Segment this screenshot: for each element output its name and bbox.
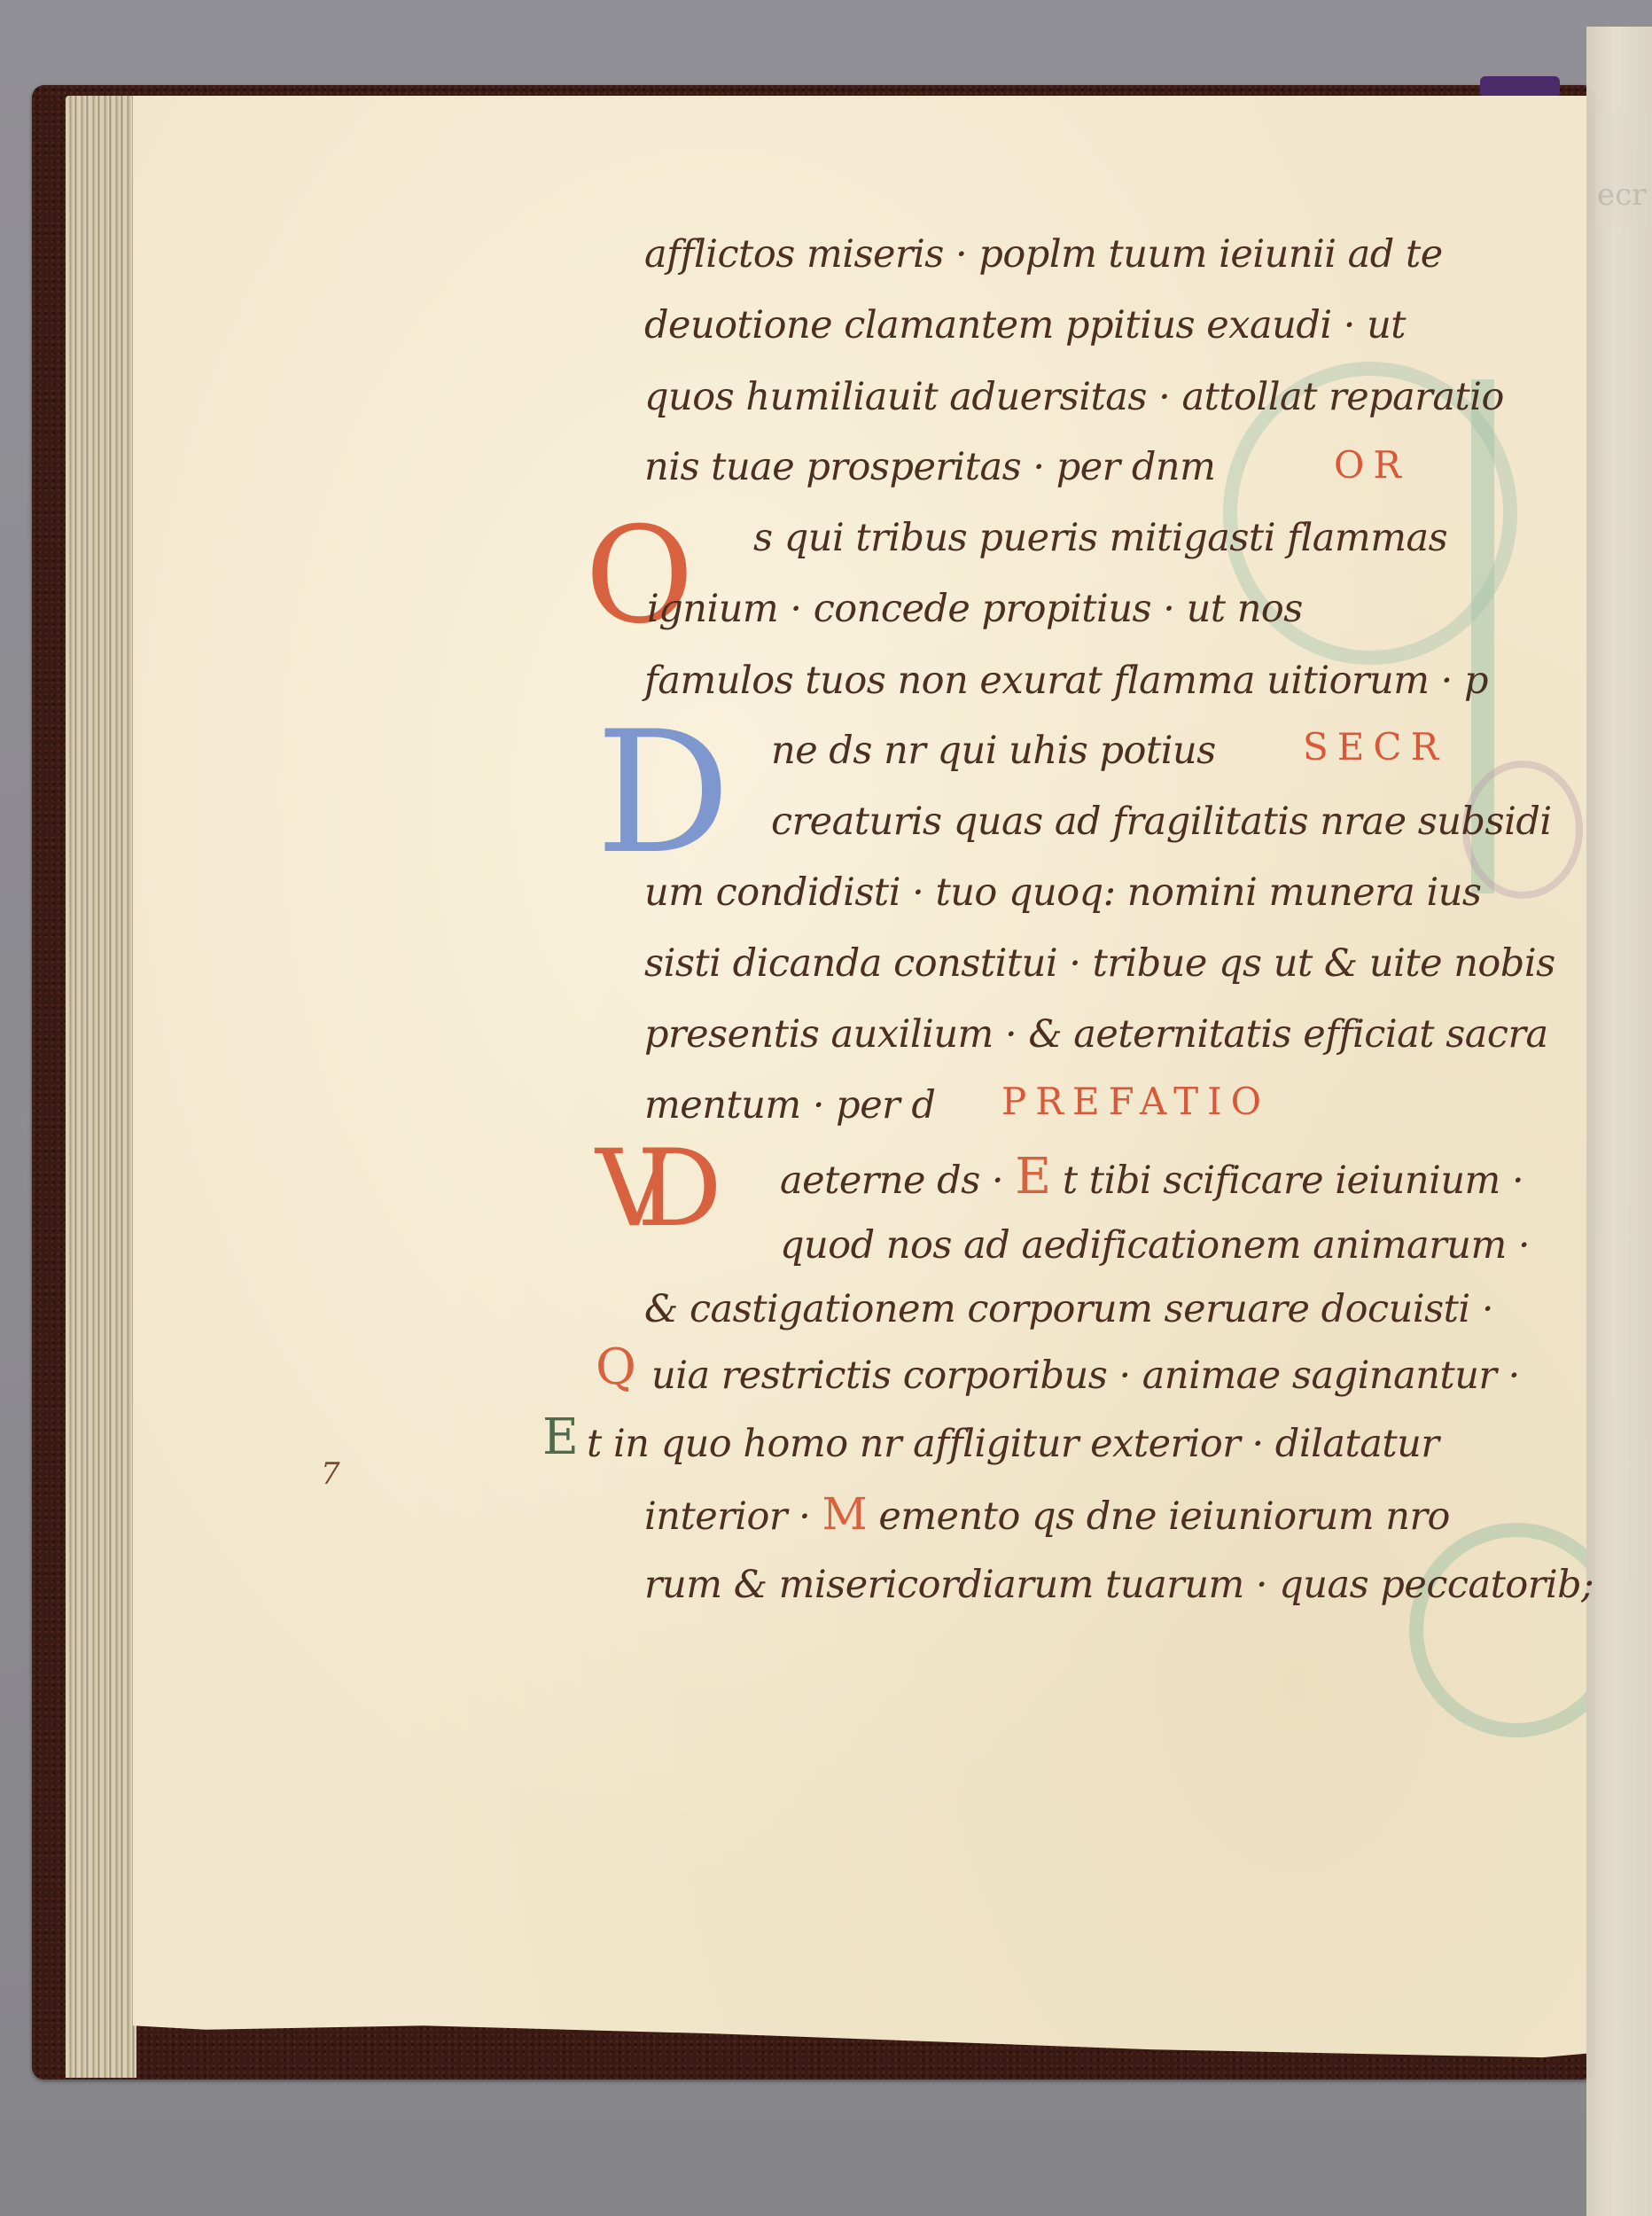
text-line-8: ne ds nr qui uhis potius — [771, 729, 1216, 773]
text-line-2: deuotione clamantem ppitius exaudi · ut — [644, 303, 1406, 347]
inline-initial-E: E — [1015, 1148, 1050, 1206]
text-line-16: & castigationem corporum seruare docuist… — [644, 1287, 1493, 1331]
text-line-10: um condidisti · tuo quoq: nomini munera … — [644, 870, 1482, 915]
initial-E: E — [542, 1413, 579, 1463]
text-line-14-part2: t tibi scificare ieiunium · — [1063, 1159, 1523, 1203]
text-line-4: nis tuae prosperitas · per dnm — [644, 445, 1215, 489]
text-line-3: quos humiliauit aduersitas · attollat re… — [644, 375, 1504, 419]
text-line-4-body: nis tuae prosperitas · per dnm — [644, 445, 1215, 489]
text-line-13: mentum · per d — [644, 1083, 935, 1128]
text-block: afflictos miseris · poplm tuum ieiunii a… — [0, 0, 1652, 2216]
rubric-secreta: SECR — [1303, 725, 1447, 769]
text-line-19-part1: interior · — [644, 1494, 810, 1539]
text-line-11: sisti dicanda constitui · tribue qs ut &… — [644, 941, 1555, 986]
text-line-17: uia restrictis corporibus · animae sagin… — [651, 1354, 1520, 1398]
text-line-7: famulos tuos non exurat flamma uitiorum … — [644, 659, 1488, 703]
rubric-oratio: OR — [1334, 443, 1410, 487]
initial-Q: Q — [596, 1343, 636, 1393]
inline-initial-M: M — [822, 1488, 867, 1540]
text-line-14: aeterne ds · E t tibi scificare ieiunium… — [780, 1152, 1523, 1203]
initial-D: D — [596, 709, 730, 878]
text-line-19: interior · M emento qs dne ieiuniorum nr… — [644, 1492, 1450, 1539]
text-line-9: creaturis quas ad fragilitatis nrae subs… — [771, 800, 1552, 844]
text-line-19-part2: emento qs dne ieiuniorum nro — [878, 1494, 1450, 1539]
text-line-1: afflictos miseris · poplm tuum ieiunii a… — [644, 232, 1443, 277]
text-line-5: s qui tribus pueris mitigasti flammas — [753, 516, 1447, 560]
initial-VD: VD — [596, 1136, 687, 1243]
margin-mark: 7 — [321, 1456, 340, 1492]
text-line-6: ignium · concede propitius · ut nos — [647, 587, 1303, 631]
text-line-18: t in quo homo nr affligitur exterior · d… — [587, 1422, 1438, 1466]
text-line-15: quod nos ad aedificationem animarum · — [780, 1223, 1530, 1268]
text-line-12: presentis auxilium · & aeternitatis effi… — [644, 1012, 1548, 1057]
rubric-prefatio: PREFATIO — [1001, 1080, 1270, 1123]
text-line-14-part1: aeterne ds · — [780, 1159, 1003, 1203]
text-line-20: rum & misericordiarum tuarum · quas pecc… — [644, 1563, 1594, 1607]
